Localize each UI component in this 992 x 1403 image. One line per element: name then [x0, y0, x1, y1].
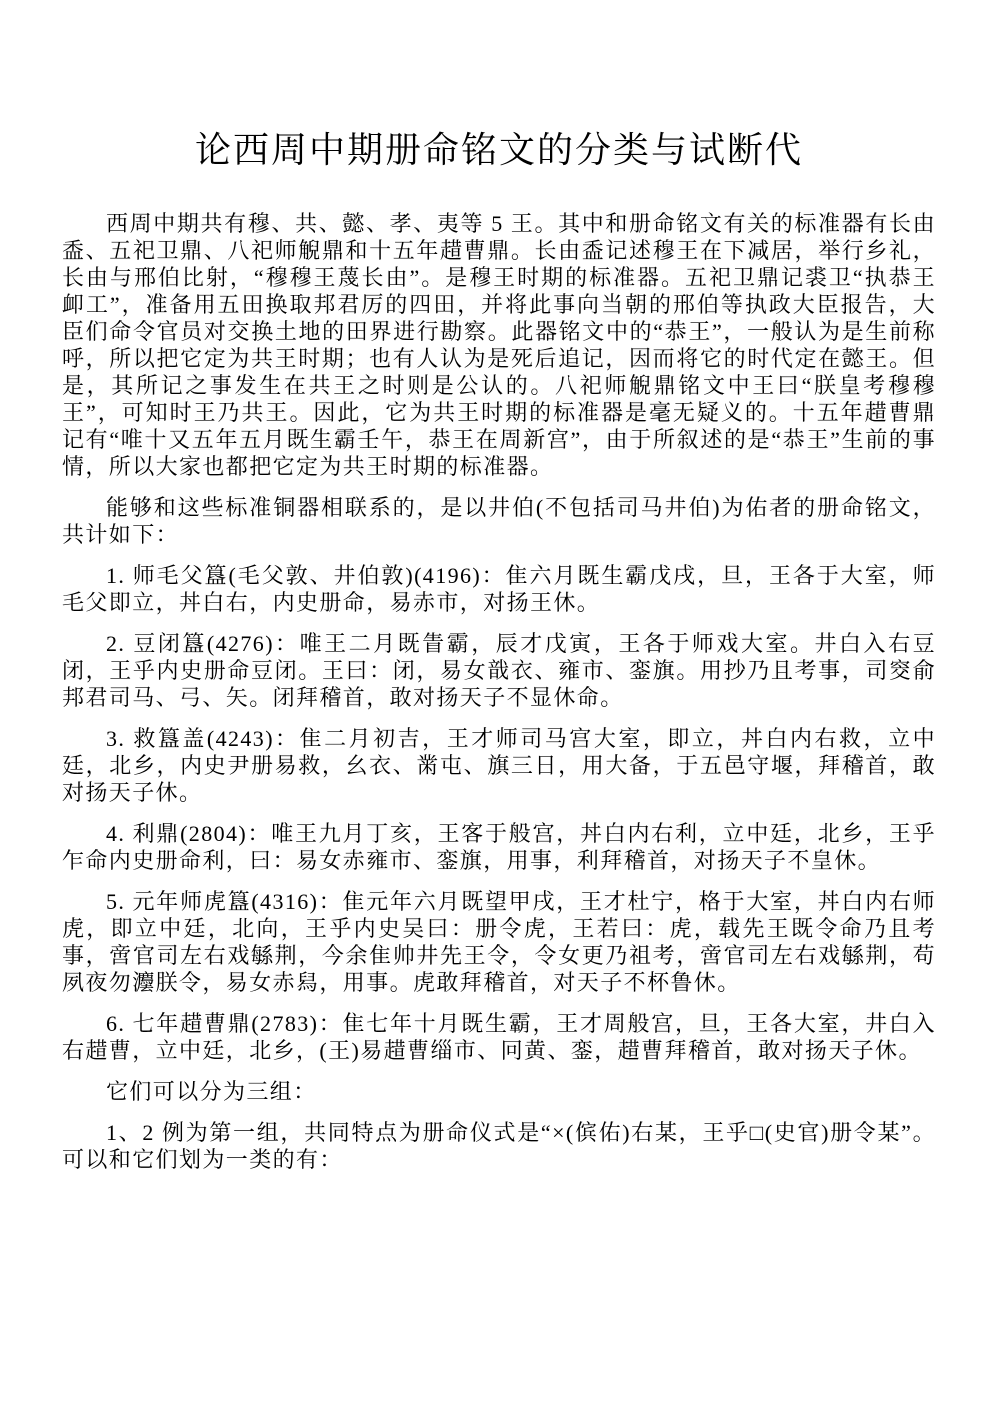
inscription-entry-5: 5. 元年师虎簋(4316)：隹元年六月既望甲戌，王才杜宁，格于大室，丼白内右师…	[62, 888, 936, 996]
intro-paragraph: 西周中期共有穆、共、懿、孝、夷等 5 王。其中和册命铭文有关的标准器有长由盉、五…	[62, 210, 936, 480]
grouping-paragraph: 它们可以分为三组：	[62, 1078, 936, 1105]
inscription-entry-4: 4. 利鼎(2804)：唯王九月丁亥，王客于般宫，丼白内右利，立中廷，北乡，王乎…	[62, 820, 936, 874]
inscription-entry-1: 1. 师毛父簋(毛父敦、井伯敦)(4196)：隹六月既生霸戊戌，旦，王各于大室，…	[62, 562, 936, 616]
inscription-entry-6: 6. 七年趞曹鼎(2783)：隹七年十月既生霸，王才周般宫，旦，王各大室，井白入…	[62, 1010, 936, 1064]
linking-paragraph: 能够和这些标准铜器相联系的，是以井伯(不包括司马井伯)为佑者的册命铭文，共计如下…	[62, 494, 936, 548]
document-title: 论西周中期册命铭文的分类与试断代	[62, 128, 936, 172]
inscription-entry-3: 3. 救簋盖(4243)：隹二月初吉，王才师司马宫大室，即立，丼白内右救，立中廷…	[62, 725, 936, 806]
group1-paragraph: 1、2 例为第一组，共同特点为册命仪式是“×(傧佑)右某，王乎□(史官)册令某”…	[62, 1119, 936, 1173]
document-page: 论西周中期册命铭文的分类与试断代 西周中期共有穆、共、懿、孝、夷等 5 王。其中…	[0, 0, 992, 1403]
inscription-entry-2: 2. 豆闭簋(4276)：唯王二月既眚霸，辰才戊寅，王各于师戏大室。井白入右豆闭…	[62, 630, 936, 711]
